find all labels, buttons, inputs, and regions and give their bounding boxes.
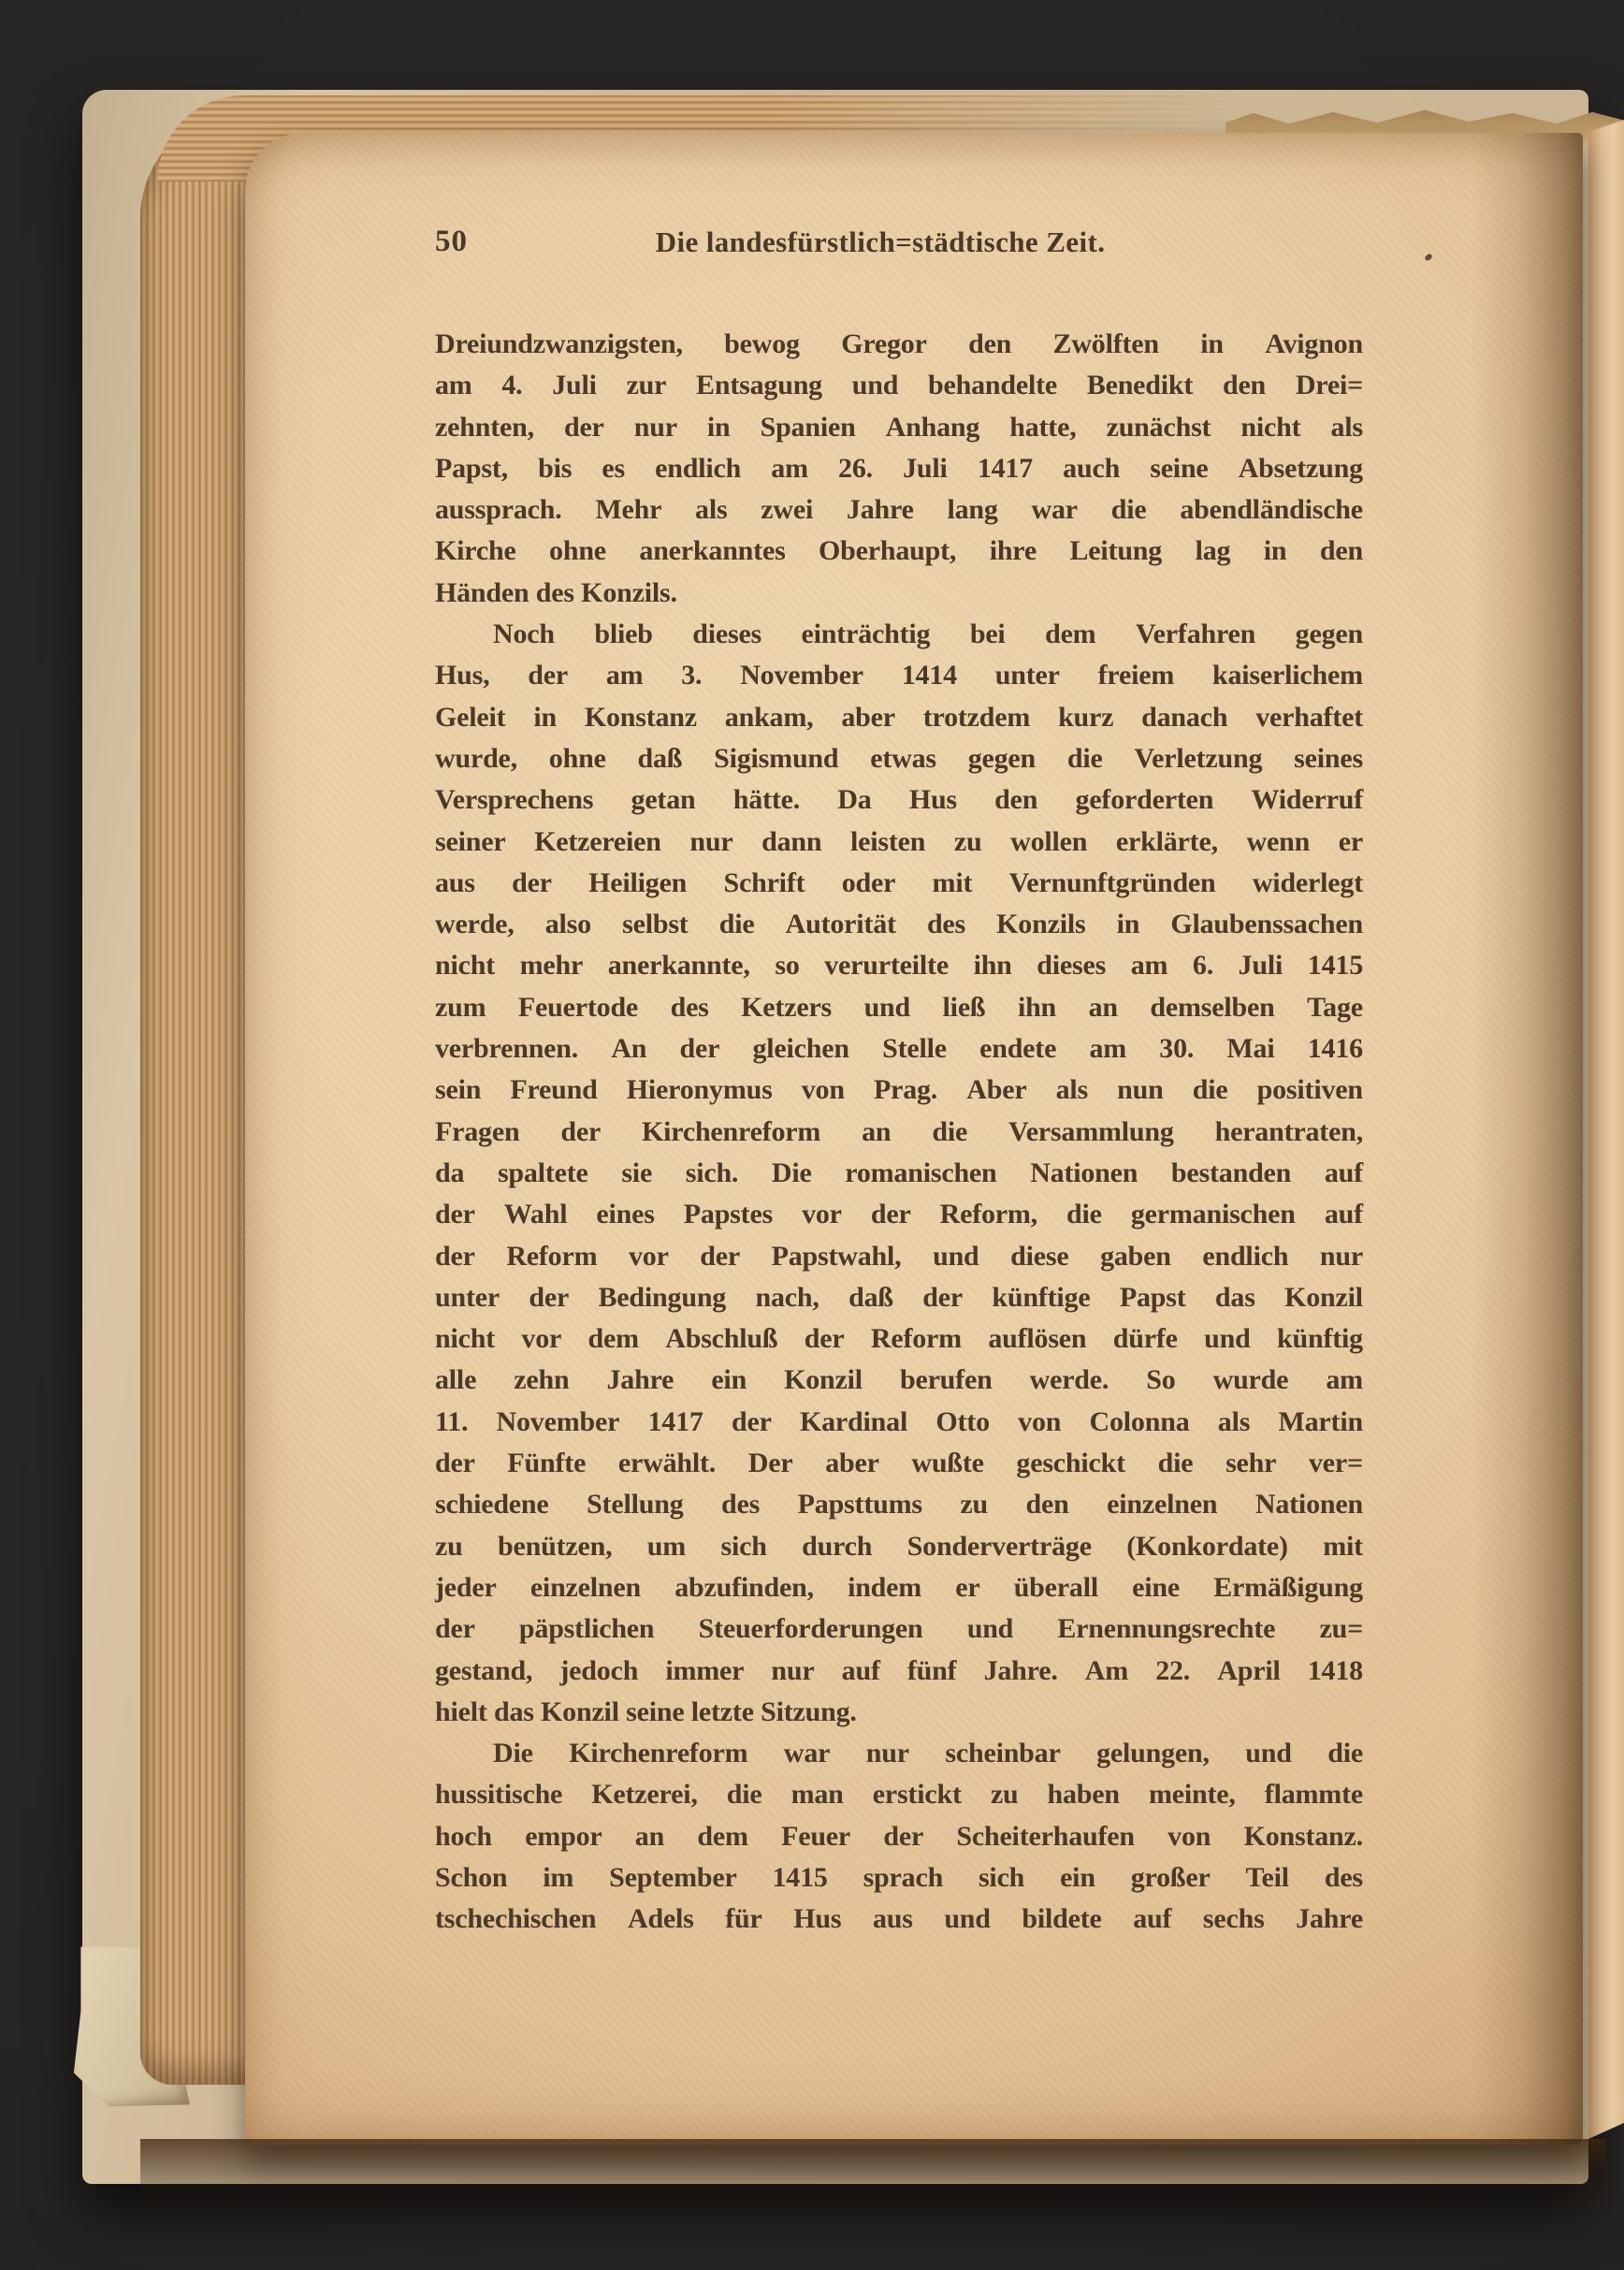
word: Glaubenssachen bbox=[1170, 904, 1363, 945]
word: sich. bbox=[686, 1153, 739, 1194]
word: Hus, bbox=[435, 655, 489, 696]
word: Ermäßigung bbox=[1213, 1567, 1363, 1608]
word: Anhang bbox=[886, 407, 980, 448]
word: und bbox=[1204, 1318, 1250, 1360]
word: Widerruf bbox=[1252, 779, 1364, 821]
word: Zwölften bbox=[1053, 324, 1159, 365]
word: tschechischen bbox=[435, 1899, 596, 1940]
word: Steuerforderungen bbox=[699, 1608, 923, 1650]
word: die bbox=[932, 1112, 967, 1153]
word: und bbox=[967, 1608, 1013, 1650]
word: empor bbox=[525, 1816, 602, 1857]
word: Colonna bbox=[1090, 1402, 1190, 1443]
word: Kirchenreform bbox=[569, 1733, 747, 1774]
word: dieses bbox=[1037, 945, 1106, 986]
word: in bbox=[1200, 324, 1224, 365]
text-line: SchonimSeptember1415sprachsicheingroßerT… bbox=[435, 1857, 1363, 1899]
word: dem bbox=[1045, 614, 1095, 655]
word: flammte bbox=[1265, 1774, 1363, 1815]
word: lang bbox=[948, 489, 998, 531]
word: aber bbox=[825, 1443, 879, 1484]
word: Papstwahl, bbox=[772, 1236, 902, 1277]
word: immer bbox=[665, 1651, 744, 1692]
word: kaiserlichem bbox=[1212, 655, 1363, 696]
word: sechs bbox=[1203, 1899, 1265, 1940]
word: zehnten, bbox=[435, 407, 534, 448]
word: hatte, bbox=[1009, 407, 1076, 448]
word: Bedingung bbox=[599, 1277, 727, 1318]
word: Die bbox=[772, 1153, 812, 1194]
word: hussitische bbox=[435, 1774, 562, 1815]
word: Absetzung bbox=[1239, 448, 1363, 489]
word: zwei bbox=[761, 489, 813, 531]
word: 1417 bbox=[648, 1402, 703, 1443]
text-line: derWahleinesPapstesvorderReform,diegerma… bbox=[435, 1194, 1363, 1235]
word: des bbox=[927, 904, 965, 945]
text-line: aussprach.MehralszweiJahrelangwardieaben… bbox=[435, 489, 1363, 531]
text-line: DieKirchenreformwarnurscheinbargelungen,… bbox=[435, 1733, 1363, 1774]
text-line: jedereinzelnenabzufinden,indemerüberalle… bbox=[435, 1567, 1363, 1608]
word: Kirche bbox=[435, 531, 516, 572]
word: Scheiterhaufen bbox=[956, 1816, 1135, 1857]
word: nur bbox=[689, 822, 732, 863]
word: war bbox=[784, 1733, 830, 1774]
word: getan bbox=[631, 779, 696, 821]
word: Jahre bbox=[1296, 1899, 1363, 1940]
word: wurde bbox=[1213, 1360, 1289, 1401]
word: Der bbox=[748, 1443, 793, 1484]
word: einträchtig bbox=[802, 614, 931, 655]
word: mit bbox=[933, 863, 973, 904]
word: Konstanz. bbox=[1244, 1816, 1363, 1857]
word: von bbox=[1167, 1816, 1211, 1857]
word: anerkanntes bbox=[639, 531, 785, 572]
text-line: hielt das Konzil seine letzte Sitzung. bbox=[435, 1692, 1363, 1733]
word: wurde, bbox=[435, 738, 517, 779]
word: An bbox=[611, 1028, 646, 1070]
word: fünf bbox=[907, 1651, 957, 1692]
word: jedoch bbox=[559, 1651, 638, 1692]
word: daß bbox=[638, 738, 683, 779]
word: der bbox=[564, 407, 604, 448]
word: am bbox=[1326, 1360, 1363, 1401]
word: an bbox=[635, 1816, 664, 1857]
word: herantraten, bbox=[1215, 1112, 1363, 1153]
word: bewog bbox=[724, 324, 800, 365]
word: 1416 bbox=[1308, 1028, 1363, 1070]
word: die bbox=[1111, 489, 1147, 531]
word: zehn bbox=[514, 1360, 569, 1401]
word: Mai bbox=[1226, 1028, 1274, 1070]
word: unter bbox=[435, 1277, 500, 1318]
word: anerkannte, bbox=[608, 945, 750, 986]
text-line: allezehnJahreeinKonzilberufenwerde.Sowur… bbox=[435, 1360, 1363, 1401]
word: ohne bbox=[549, 738, 606, 779]
word: Stellung bbox=[587, 1484, 683, 1525]
word: werde, bbox=[435, 904, 515, 945]
word: ihre bbox=[990, 531, 1037, 572]
word: nur bbox=[866, 1733, 909, 1774]
word: Aber bbox=[966, 1070, 1026, 1111]
word: gegen bbox=[1296, 614, 1363, 655]
word: 30. bbox=[1159, 1028, 1194, 1070]
word: seiner bbox=[435, 822, 505, 863]
text-line: Papst,bisesendlicham26.Juli1417auchseine… bbox=[435, 448, 1363, 489]
word: die bbox=[1327, 1733, 1363, 1774]
word: am bbox=[1131, 945, 1168, 986]
word: Reform bbox=[871, 1318, 962, 1360]
word: Vernunftgründen bbox=[1009, 863, 1216, 904]
word: ließ bbox=[943, 987, 986, 1028]
word: die bbox=[719, 904, 755, 945]
word: 3. bbox=[681, 655, 702, 696]
word: der bbox=[871, 1194, 911, 1235]
word: wenn bbox=[1247, 822, 1311, 863]
word: bei bbox=[970, 614, 1006, 655]
word: Reform, bbox=[940, 1194, 1037, 1235]
word: im bbox=[543, 1857, 573, 1899]
word: hoch bbox=[435, 1816, 492, 1857]
word: auf bbox=[1133, 1899, 1171, 1940]
word: auf bbox=[1325, 1194, 1363, 1235]
word: ein bbox=[711, 1360, 747, 1401]
word: abzufinden, bbox=[674, 1567, 814, 1608]
word: Nationen bbox=[1255, 1484, 1363, 1525]
word: am bbox=[1089, 1028, 1126, 1070]
word: um bbox=[647, 1526, 686, 1567]
word: zu bbox=[435, 1526, 463, 1567]
word: in bbox=[1264, 531, 1287, 572]
word: das bbox=[1215, 1277, 1255, 1318]
word: Fünfte bbox=[507, 1443, 586, 1484]
word: in bbox=[707, 407, 731, 448]
word: und bbox=[944, 1899, 990, 1940]
word: auflösen bbox=[988, 1318, 1086, 1360]
word: Ketzerei, bbox=[591, 1774, 697, 1815]
word: ihn bbox=[1018, 987, 1056, 1028]
word: 1418 bbox=[1308, 1651, 1363, 1692]
word: die bbox=[1066, 1194, 1102, 1235]
text-line: Händen des Konzils. bbox=[435, 573, 1363, 614]
word: meinte, bbox=[1149, 1774, 1236, 1815]
word: erstickt bbox=[873, 1774, 962, 1815]
text-line: seinFreundHieronymusvonPrag.Aberalsnundi… bbox=[435, 1070, 1363, 1111]
book-page: 50 Die landesfürstlich=städtische Zeit. … bbox=[245, 133, 1583, 2145]
word: ankam, bbox=[725, 697, 814, 738]
word: endete bbox=[979, 1028, 1056, 1070]
word: Ketzereien bbox=[534, 822, 661, 863]
word: 22. bbox=[1155, 1651, 1190, 1692]
word: Jahre. bbox=[984, 1651, 1058, 1692]
text-line: zubenützen,umsichdurchSonderverträge(Kon… bbox=[435, 1526, 1363, 1567]
word: nur bbox=[771, 1651, 814, 1692]
word: nicht bbox=[435, 945, 495, 986]
word: Teil bbox=[1245, 1857, 1288, 1899]
word: nach, bbox=[756, 1277, 819, 1318]
word: verbrennen. bbox=[435, 1028, 578, 1070]
word: sprach bbox=[863, 1857, 943, 1899]
word: von bbox=[802, 1070, 845, 1111]
word: die bbox=[1158, 1443, 1194, 1484]
text-line: derReformvorderPapstwahl,unddiesegabenen… bbox=[435, 1236, 1363, 1277]
word: Fragen bbox=[435, 1112, 519, 1153]
word: sehr bbox=[1225, 1443, 1276, 1484]
word: Konstanz bbox=[585, 697, 697, 738]
word: 1414 bbox=[902, 655, 957, 696]
word: Feuertode bbox=[518, 987, 638, 1028]
word: ihn bbox=[974, 945, 1012, 986]
word: Da bbox=[837, 779, 871, 821]
word: dem bbox=[697, 1816, 747, 1857]
word: endlich bbox=[655, 448, 741, 489]
word: künftige bbox=[992, 1277, 1090, 1318]
word: Feuer bbox=[781, 1816, 850, 1857]
word: zu bbox=[991, 1774, 1019, 1815]
word: indem bbox=[848, 1567, 921, 1608]
word: Prag. bbox=[874, 1070, 937, 1111]
text-line: nichtmehranerkannte,soverurteilteihndies… bbox=[435, 945, 1363, 986]
word: oder bbox=[842, 863, 896, 904]
word: als bbox=[695, 489, 727, 531]
word: zunächst bbox=[1107, 407, 1211, 448]
word: Spanien bbox=[761, 407, 856, 448]
text-line: 11.November1417derKardinalOttovonColonna… bbox=[435, 1402, 1363, 1443]
word: zu bbox=[960, 1484, 988, 1525]
word: an bbox=[1089, 987, 1118, 1028]
word: nicht bbox=[435, 1318, 495, 1360]
word: Hus bbox=[793, 1899, 841, 1940]
word: abendländische bbox=[1180, 489, 1363, 531]
word: der bbox=[528, 655, 568, 696]
word: des bbox=[1325, 1857, 1363, 1899]
word: der bbox=[883, 1816, 923, 1857]
word: Benedikt bbox=[1087, 365, 1193, 406]
word: gleichen bbox=[752, 1028, 848, 1070]
word: der bbox=[435, 1236, 475, 1277]
word: Jahre bbox=[847, 489, 914, 531]
word: Stelle bbox=[882, 1028, 947, 1070]
word: also bbox=[545, 904, 591, 945]
word: sich bbox=[979, 1857, 1024, 1899]
word: spaltete bbox=[498, 1153, 588, 1194]
word: so bbox=[775, 945, 799, 986]
word: Schon bbox=[435, 1857, 507, 1899]
word: freiem bbox=[1098, 655, 1175, 696]
word: Papsttums bbox=[798, 1484, 922, 1525]
gutter-shadow bbox=[1471, 133, 1583, 2145]
word: er bbox=[955, 1567, 979, 1608]
word: Ernennungsrechte bbox=[1057, 1608, 1275, 1650]
text-line: tschechischenAdelsfürHusausundbildeteauf… bbox=[435, 1899, 1363, 1940]
text-line: NochbliebdieseseinträchtigbeidemVerfahre… bbox=[435, 614, 1363, 655]
text-line: Dreiundzwanzigsten,bewogGregordenZwölfte… bbox=[435, 324, 1363, 365]
word: Die bbox=[493, 1733, 533, 1774]
word: päpstlichen bbox=[519, 1608, 655, 1650]
word: den bbox=[1320, 531, 1363, 572]
word: haben bbox=[1048, 1774, 1120, 1815]
word: bildete bbox=[1022, 1899, 1101, 1940]
word: seines bbox=[1294, 738, 1363, 779]
page-bottom-shadow bbox=[140, 2139, 1605, 2212]
word: trotzdem bbox=[923, 697, 1030, 738]
word: durch bbox=[802, 1526, 872, 1567]
word: aber bbox=[841, 697, 895, 738]
page-header: 50 Die landesfürstlich=städtische Zeit. bbox=[435, 225, 1363, 271]
word: gelungen, bbox=[1096, 1733, 1210, 1774]
word: den bbox=[994, 779, 1037, 821]
word: November bbox=[740, 655, 863, 696]
text-line: derFünfteerwählt.Deraberwußtegeschicktdi… bbox=[435, 1443, 1363, 1484]
word: Otto bbox=[935, 1402, 990, 1443]
text-line: gestand,jedochimmernurauffünfJahre.Am22.… bbox=[435, 1651, 1363, 1692]
word: seine bbox=[1150, 448, 1208, 489]
word: einzelnen bbox=[530, 1567, 641, 1608]
word: wußte bbox=[911, 1443, 983, 1484]
word: eines bbox=[596, 1194, 654, 1235]
word: der bbox=[560, 1112, 601, 1153]
word: Adels bbox=[628, 1899, 694, 1940]
page-number: 50 bbox=[435, 225, 468, 259]
word: nun bbox=[1117, 1070, 1163, 1111]
word: Ketzers bbox=[741, 987, 832, 1028]
word: So bbox=[1146, 1360, 1175, 1401]
word: demselben bbox=[1150, 987, 1274, 1028]
word: verhaftet bbox=[1255, 697, 1363, 738]
word: Papst bbox=[1120, 1277, 1186, 1318]
word: am bbox=[771, 448, 808, 489]
word: als bbox=[1330, 407, 1362, 448]
word: auch bbox=[1063, 448, 1120, 489]
word: der bbox=[700, 1236, 740, 1277]
word: Reform bbox=[506, 1236, 597, 1277]
ink-speck bbox=[1424, 253, 1433, 261]
word: zur bbox=[627, 365, 667, 406]
word: 1415 bbox=[1308, 945, 1363, 986]
word: dieses bbox=[692, 614, 761, 655]
word: ver= bbox=[1309, 1443, 1363, 1484]
word: aus bbox=[873, 1899, 913, 1940]
word: aus bbox=[435, 863, 475, 904]
word: Papst, bbox=[435, 448, 508, 489]
word: geschickt bbox=[1016, 1443, 1125, 1484]
word: Autorität bbox=[786, 904, 896, 945]
word: Abschluß bbox=[665, 1318, 777, 1360]
word: 6. bbox=[1193, 945, 1213, 986]
text-line: zumFeuertodedesKetzersundließihnandemsel… bbox=[435, 987, 1363, 1028]
word: Hus bbox=[909, 779, 957, 821]
word: und bbox=[864, 987, 910, 1028]
text-line: hochemporandemFeuerderScheiterhaufenvonK… bbox=[435, 1816, 1363, 1857]
word: Heiligen bbox=[588, 863, 687, 904]
word: diese bbox=[1010, 1236, 1068, 1277]
word: berufen bbox=[900, 1360, 993, 1401]
word: 1417 bbox=[978, 448, 1033, 489]
word: dann bbox=[761, 822, 821, 863]
word: Versprechens bbox=[435, 779, 593, 821]
text-block: Dreiundzwanzigsten,bewogGregordenZwölfte… bbox=[435, 324, 1363, 1944]
word: der bbox=[529, 1277, 569, 1318]
text-line: hussitischeKetzerei,diemanersticktzuhabe… bbox=[435, 1774, 1363, 1815]
word: in bbox=[533, 697, 557, 738]
word: November bbox=[497, 1402, 620, 1443]
word: sein bbox=[435, 1070, 481, 1111]
word: der bbox=[922, 1277, 963, 1318]
word: daß bbox=[848, 1277, 893, 1318]
word: Avignon bbox=[1265, 324, 1363, 365]
word: Martin bbox=[1279, 1402, 1363, 1443]
word: erklärte, bbox=[1116, 822, 1218, 863]
word: vor bbox=[521, 1318, 561, 1360]
word: Kirchenreform bbox=[642, 1112, 820, 1153]
text-line: FragenderKirchenreformandieVersammlunghe… bbox=[435, 1112, 1363, 1153]
word: großer bbox=[1131, 1857, 1211, 1899]
text-line: schiedeneStellungdesPapsttumszudeneinzel… bbox=[435, 1484, 1363, 1525]
photo-background: 50 Die landesfürstlich=städtische Zeit. … bbox=[0, 0, 1624, 2270]
word: Verletzung bbox=[1134, 738, 1262, 779]
text-line: wurde,ohnedaßSigismundetwasgegendieVerle… bbox=[435, 738, 1363, 779]
word: geforderten bbox=[1076, 779, 1214, 821]
text-line: daspaltetesiesich.DieromanischenNationen… bbox=[435, 1153, 1363, 1194]
word: Mehr bbox=[595, 489, 661, 531]
word: Wahl bbox=[504, 1194, 568, 1235]
text-line: ausderHeiligenSchriftodermitVernunftgrün… bbox=[435, 863, 1363, 904]
word: Konzils bbox=[996, 904, 1085, 945]
word: bestanden bbox=[1171, 1153, 1291, 1194]
word: Papstes bbox=[684, 1194, 773, 1235]
word: Sigismund bbox=[714, 738, 838, 779]
word: von bbox=[1018, 1402, 1061, 1443]
word: die bbox=[1067, 738, 1103, 779]
word: vor bbox=[802, 1194, 842, 1235]
word: 11. bbox=[435, 1402, 468, 1443]
word: nicht bbox=[1240, 407, 1300, 448]
word: am bbox=[435, 365, 472, 406]
word: Konzil bbox=[784, 1360, 863, 1401]
word: hätte. bbox=[733, 779, 800, 821]
text-line: unterderBedingungnach,daßderkünftigePaps… bbox=[435, 1277, 1363, 1318]
word: endlich bbox=[1202, 1236, 1288, 1277]
word: Juli bbox=[903, 448, 948, 489]
word: und bbox=[933, 1236, 979, 1277]
word: werde. bbox=[1030, 1360, 1109, 1401]
word: wollen bbox=[1010, 822, 1087, 863]
word: (Konkordate) bbox=[1126, 1526, 1288, 1567]
word: Nationen bbox=[1030, 1153, 1138, 1194]
word: man bbox=[791, 1774, 844, 1815]
word: die bbox=[1193, 1070, 1228, 1111]
word: dürfe bbox=[1113, 1318, 1178, 1360]
word: Freund bbox=[510, 1070, 597, 1111]
word: Am bbox=[1085, 1651, 1128, 1692]
text-line: Versprechensgetanhätte.DaHusdengefordert… bbox=[435, 779, 1363, 821]
word: benützen, bbox=[498, 1526, 612, 1567]
word: einzelnen bbox=[1107, 1484, 1217, 1525]
word: und bbox=[1245, 1733, 1291, 1774]
word: Juli bbox=[1239, 945, 1283, 986]
word: er bbox=[1339, 822, 1363, 863]
word: der bbox=[435, 1194, 475, 1235]
word: mit bbox=[1323, 1526, 1363, 1567]
word: widerlegt bbox=[1253, 863, 1363, 904]
word: romanischen bbox=[845, 1153, 996, 1194]
word: Jahre bbox=[606, 1360, 674, 1401]
word: blieb bbox=[594, 614, 652, 655]
word: als bbox=[1218, 1402, 1250, 1443]
word: schiedene bbox=[435, 1484, 549, 1525]
word: Tage bbox=[1307, 987, 1363, 1028]
word: vor bbox=[629, 1236, 669, 1277]
text-line: Hus,deram3.November1414unterfreiemkaiser… bbox=[435, 655, 1363, 696]
